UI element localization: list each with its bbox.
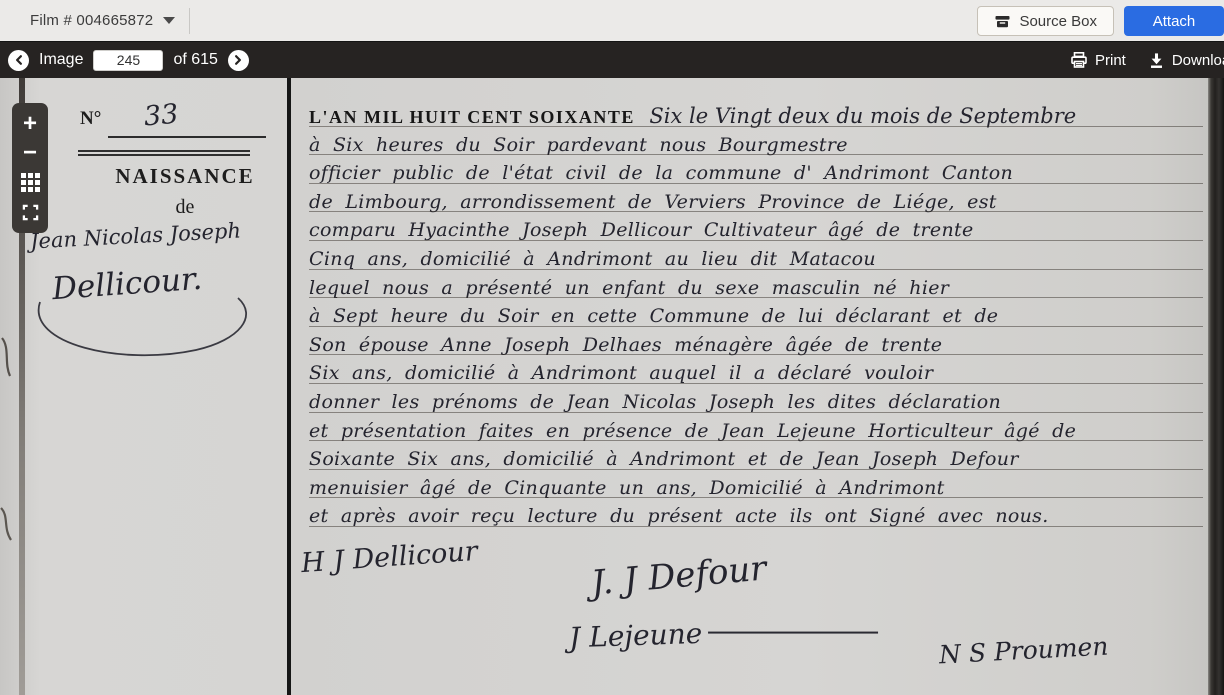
image-count-label: of 615 <box>173 51 217 69</box>
document-act-column: L'AN MIL HUIT CENT SOIXANTE Six le Vingt… <box>291 78 1224 695</box>
act-line: à Sept heure du Soir en cette Commune de… <box>309 302 1209 331</box>
fullscreen-icon <box>22 204 39 221</box>
fullscreen-button[interactable] <box>15 199 45 225</box>
act-line: Soixante Six ans, domicilié à Andrimont … <box>309 445 1209 474</box>
act-line: de Limbourg, arrondissement de Verviers … <box>309 188 1209 217</box>
image-number-input[interactable] <box>93 50 163 71</box>
act-line: lequel nous a présenté un enfant du sexe… <box>309 274 1209 303</box>
act-line: L'AN MIL HUIT CENT SOIXANTE Six le Vingt… <box>309 102 1209 131</box>
act-number-value: 33 <box>142 99 179 133</box>
print-label: Print <box>1095 52 1126 69</box>
next-image-button[interactable] <box>228 50 249 71</box>
record-type-of: de <box>90 196 280 219</box>
act-line: donner les prénoms de Jean Nicolas Josep… <box>309 388 1209 417</box>
act-line: Son épouse Anne Joseph Delhaes ménagère … <box>309 331 1209 360</box>
chevron-right-icon <box>232 54 244 66</box>
act-line: officier public de l'état civil de la co… <box>309 159 1209 188</box>
page-right-edge <box>1208 78 1224 695</box>
double-rule <box>78 150 250 156</box>
act-line: et présentation faites en présence de Je… <box>309 417 1209 446</box>
print-button[interactable]: Print <box>1070 51 1126 69</box>
chevron-left-icon <box>13 54 25 66</box>
signature-defour: J. J Defour <box>590 548 768 603</box>
signature-flourish <box>26 274 266 374</box>
ink-bleed-marks <box>0 228 14 568</box>
film-number-label: Film # 004665872 <box>30 12 153 29</box>
download-icon <box>1148 52 1165 69</box>
viewer-zoom-toolbar: + − <box>12 103 48 233</box>
record-type-title: NAISSANCE <box>90 164 280 189</box>
previous-image-button[interactable] <box>8 50 29 71</box>
signature-official: N S Proumen <box>938 632 1109 670</box>
grid-icon <box>21 173 40 192</box>
film-bar: Film # 004665872 Source Box Attach <box>0 0 1224 42</box>
source-box-label: Source Box <box>1019 13 1097 30</box>
act-line: menuisier âgé de Cinquante un ans, Domic… <box>309 474 1209 503</box>
printer-icon <box>1070 51 1088 69</box>
act-line: à Six heures du Soir pardevant nous Bour… <box>309 131 1209 160</box>
zoom-out-button[interactable]: − <box>15 140 45 166</box>
chevron-down-icon <box>163 17 175 24</box>
signature-flourish-tail <box>708 631 878 633</box>
download-button[interactable]: Download <box>1148 52 1224 69</box>
signature-lejeune: J Lejeune <box>569 611 879 655</box>
act-line: et après avoir reçu lecture du présent a… <box>309 502 1209 531</box>
zoom-in-button[interactable]: + <box>15 111 45 137</box>
act-number-label: N° <box>80 108 101 129</box>
act-text-block: L'AN MIL HUIT CENT SOIXANTE Six le Vingt… <box>309 102 1209 531</box>
source-box-icon <box>994 13 1011 30</box>
rule-line <box>108 136 266 138</box>
signature-dellicour: H J Dellicour <box>300 536 478 579</box>
document-image-viewport[interactable]: N° 33 NAISSANCE de Jean Nicolas Joseph D… <box>0 78 1224 695</box>
download-label: Download <box>1172 52 1224 69</box>
act-line: Six ans, domicilié à Andrimont auquel il… <box>309 359 1209 388</box>
divider <box>189 8 190 34</box>
printed-opening-text: L'AN MIL HUIT CENT SOIXANTE <box>309 107 635 127</box>
thumbnail-grid-button[interactable] <box>15 170 45 196</box>
film-selector[interactable]: Film # 004665872 <box>30 12 175 29</box>
image-nav-bar: Image of 615 Print Download <box>0 42 1224 78</box>
act-line: comparu Hyacinthe Joseph Dellicour Culti… <box>309 216 1209 245</box>
opening-handwritten-text: Six le Vingt deux du mois de Septembre <box>649 104 1076 128</box>
source-box-button[interactable]: Source Box <box>977 6 1114 36</box>
attach-button[interactable]: Attach <box>1124 6 1224 36</box>
child-name-line1: Jean Nicolas Joseph <box>30 218 242 253</box>
signature-lejeune-text: J Lejeune <box>569 617 703 655</box>
image-label: Image <box>39 51 83 69</box>
act-line: Cinq ans, domicilié à Andrimont au lieu … <box>309 245 1209 274</box>
